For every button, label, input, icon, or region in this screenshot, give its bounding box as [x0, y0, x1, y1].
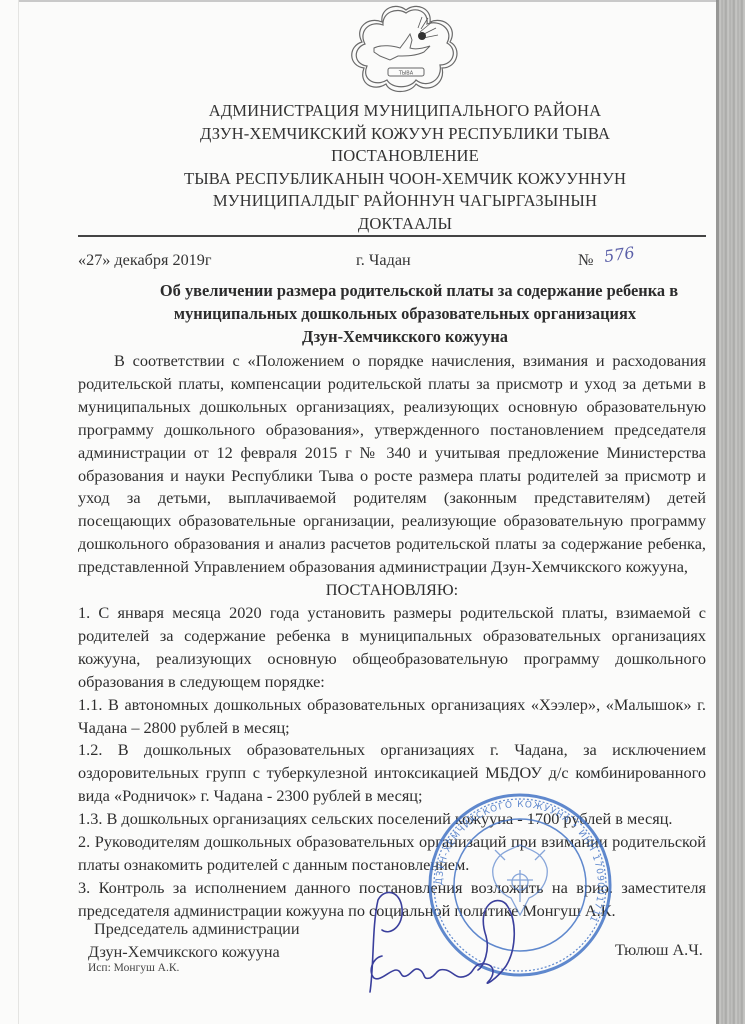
scan-left-edge [18, 0, 19, 1024]
document-meta-row: «27» декабря 2019г г. Чадан № 576 [78, 251, 698, 275]
chairman-position-line-1: Председатель администрации [88, 918, 300, 941]
document-number-handwritten: 576 [603, 243, 636, 266]
document-header: АДМИНИСТРАЦИЯ МУНИЦИПАЛЬНОГО РАЙОНА ДЗУН… [120, 100, 690, 236]
preamble-paragraph: В соответствии с «Положением о порядке н… [78, 350, 706, 579]
document-city: г. Чадан [356, 251, 411, 270]
document-date: «27» декабря 2019г [78, 251, 211, 270]
scan-top-edge [18, 0, 718, 2]
chairman-title-block: Председатель администрации Дзун-Хемчикск… [88, 918, 300, 963]
svg-text:ТЫВА: ТЫВА [398, 71, 414, 77]
chairman-position-line-2: Дзун-Хемчикского кожууна [88, 941, 300, 964]
decree-heading: ПОСТАНОВЛЯЮ: [78, 579, 706, 602]
clause-1: 1. С января месяца 2020 года установить … [78, 602, 706, 694]
header-line-2: ДЗУН-ХЕМЧИКСКИЙ КОЖУУН РЕСПУБЛИКИ ТЫВА [120, 123, 690, 146]
executor-note: Исп: Монгуш А.К. [88, 962, 179, 974]
document-title: Об увеличении размера родительской платы… [95, 279, 715, 348]
handwritten-signature [356, 886, 546, 996]
header-line-1: АДМИНИСТРАЦИЯ МУНИЦИПАЛЬНОГО РАЙОНА [120, 100, 690, 123]
title-line-3: Дзун-Хемчикского кожууна [95, 325, 715, 348]
coat-of-arms-emblem-icon: ТЫВА [350, 4, 462, 94]
header-line-6: ДОКТААЛЫ [120, 213, 690, 236]
scan-right-border [716, 0, 745, 1024]
header-line-4: ТЫВА РЕСПУБЛИКАНЫН ЧООН-ХЕМЧИК КОЖУУННУН [120, 168, 690, 191]
header-divider [78, 235, 706, 237]
title-line-2: муниципальных дошкольных образовательных… [95, 302, 715, 325]
clause-1-1: 1.1. В автономных дошкольных образовател… [78, 694, 706, 740]
header-line-3: ПОСТАНОВЛЕНИЕ [120, 145, 690, 168]
document-number-label: № [578, 251, 593, 270]
title-line-1: Об увеличении размера родительской платы… [95, 279, 715, 302]
header-line-5: МУНИЦИПАЛДЫГ РАЙОННУН ЧАГЫРГАЗЫНЫН [120, 190, 690, 213]
chairman-name: Тюлюш А.Ч. [615, 941, 703, 960]
